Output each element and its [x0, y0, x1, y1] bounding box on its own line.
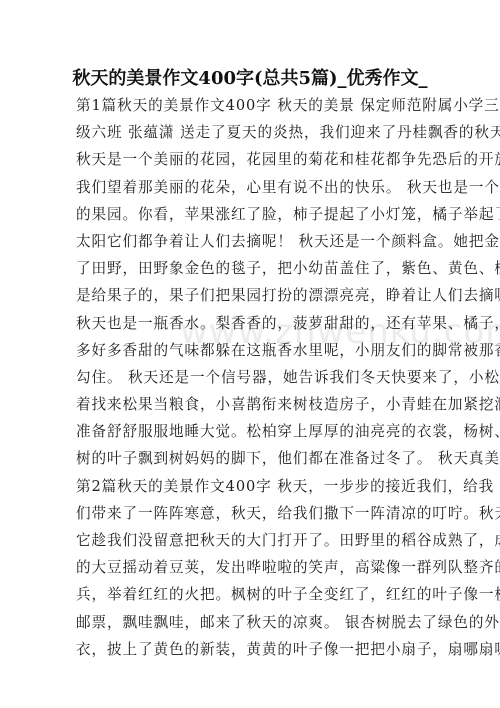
text-line: 了田野，田野象金色的毯子，把小幼苗盖住了，紫色、黄色、橙色 — [76, 255, 428, 282]
text-line: 它趁我们没留意把秋天的大门打开了。田野里的稻谷成熟了，成片 — [76, 527, 428, 554]
text-line: 太阳它们都争着让人们去摘呢！ 秋天还是一个颜料盒。她把金色给 — [76, 228, 428, 255]
text-line: 第2篇秋天的美景作文400字 秋天，一步步的接近我们，给我 — [76, 473, 428, 500]
text-line: 秋天是一个美丽的花园，花园里的菊花和桂花都争先恐后的开放了， — [76, 146, 428, 173]
document-page: 秋天的美景作文400字(总共5篇)_优秀作文_ www.zhwenku.com … — [0, 0, 500, 708]
document-body: 第1篇秋天的美景作文400字 秋天的美景 保定师范附属小学三年 级六班 张蕴潇 … — [76, 92, 428, 663]
text-line: 勾住。 秋天还是一个信号器，她告诉我们冬天快要来了，小松鼠忙 — [76, 364, 428, 391]
text-line: 的大豆摇动着豆荚，发出哗啦啦的笑声，高粱像一群列队整齐的士 — [76, 554, 428, 581]
text-line: 邮票，飘哇飘哇，邮来了秋天的凉爽。 银杏树脱去了绿色的外 — [76, 609, 428, 636]
text-line: 级六班 张蕴潇 送走了夏天的炎热，我们迎来了丹桂飘香的秋天。 — [76, 119, 428, 146]
text-line: 树的叶子飘到树妈妈的脚下，他们都在准备过冬了。 秋天真美啊！ — [76, 445, 428, 472]
text-line: 秋天也是一瓶香水。梨香香的，菠萝甜甜的，还有苹果、橘子，好 — [76, 310, 428, 337]
text-line: 我们望着那美丽的花朵，心里有说不出的快乐。 秋天也是一个丰收 — [76, 174, 428, 201]
text-line: 着找来松果当粮食，小喜鹊衔来树枝造房子，小青蛙在加紧挖洞， — [76, 391, 428, 418]
text-line: 多好多香甜的气味都躲在这瓶香水里呢，小朋友们的脚常被那香味 — [76, 337, 428, 364]
document-title: 秋天的美景作文400字(总共5篇)_优秀作文_ — [0, 64, 500, 90]
text-line: 衣，披上了黄色的新装，黄黄的叶子像一把把小扇子，扇哪扇哪， — [76, 636, 428, 663]
text-line: 的果园。你看，苹果涨红了脸，柿子提起了小灯笼，橘子举起了小 — [76, 201, 428, 228]
text-line: 是给果子的，果子们把果园打扮的漂漂亮亮，睁着让人们去摘呢！ — [76, 282, 428, 309]
text-line: 们带来了一阵阵寒意，秋天，给我们撒下一阵清凉的叮咛。秋天， — [76, 500, 428, 527]
text-line: 准备舒舒服服地睡大觉。松柏穿上厚厚的油亮亮的衣裳，杨树、柳 — [76, 418, 428, 445]
text-line: 兵，举着红红的火把。枫树的叶子全变红了，红红的叶子像一枚枚 — [76, 581, 428, 608]
text-line: 第1篇秋天的美景作文400字 秋天的美景 保定师范附属小学三年 — [76, 92, 428, 119]
